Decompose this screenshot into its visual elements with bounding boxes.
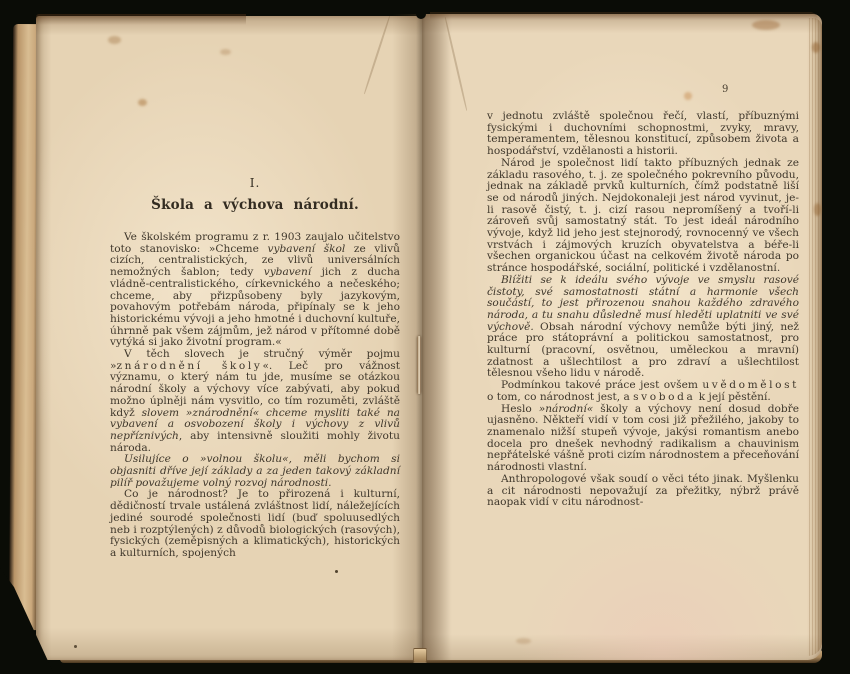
paragraph: Podmínkou takové práce jest ovšem uvědom…: [487, 380, 799, 403]
right-page-text: v jednotu zvláště společnou řečí, vlastí…: [487, 111, 799, 509]
paragraph: Blížiti se k ideálu svého vývoje ve smys…: [487, 275, 799, 380]
paragraph: Co je národnost? Je to přirozená i kultu…: [110, 489, 400, 559]
binding-stitch: [417, 336, 421, 394]
binding-bottom-notch: [413, 648, 427, 663]
paragraph: Heslo »národní« školy a výchovy není dos…: [487, 404, 799, 474]
chapter-title: Škola a výchova národní.: [110, 197, 400, 213]
left-page-text: Ve školském programu z r. 1903 zaujalo u…: [110, 232, 400, 560]
book-photo: I. Škola a výchova národní. Ve školském …: [0, 0, 850, 674]
fore-edge-pages: [807, 18, 822, 656]
chapter-heading: I. Škola a výchova národní.: [110, 176, 400, 213]
paragraph: Národ je společnost lidí takto příbuznýc…: [487, 158, 799, 275]
paragraph: v jednotu zvláště společnou řečí, vlastí…: [487, 111, 799, 158]
chapter-number: I.: [110, 176, 400, 190]
left-page: I. Škola a výchova národní. Ve školském …: [36, 16, 422, 660]
paragraph: Anthropologové však soudí o věci této ji…: [487, 474, 799, 509]
paragraph: Usilujíce o »volnou školu«, měli bychom …: [110, 454, 400, 489]
paragraph: Ve školském programu z r. 1903 zaujalo u…: [110, 232, 400, 349]
right-page: 9 v jednotu zvláště společnou řečí, vlas…: [422, 14, 822, 660]
page-number: 9: [722, 84, 728, 95]
paragraph: V těch slovech je stručný výměr pojmu »z…: [110, 349, 400, 454]
